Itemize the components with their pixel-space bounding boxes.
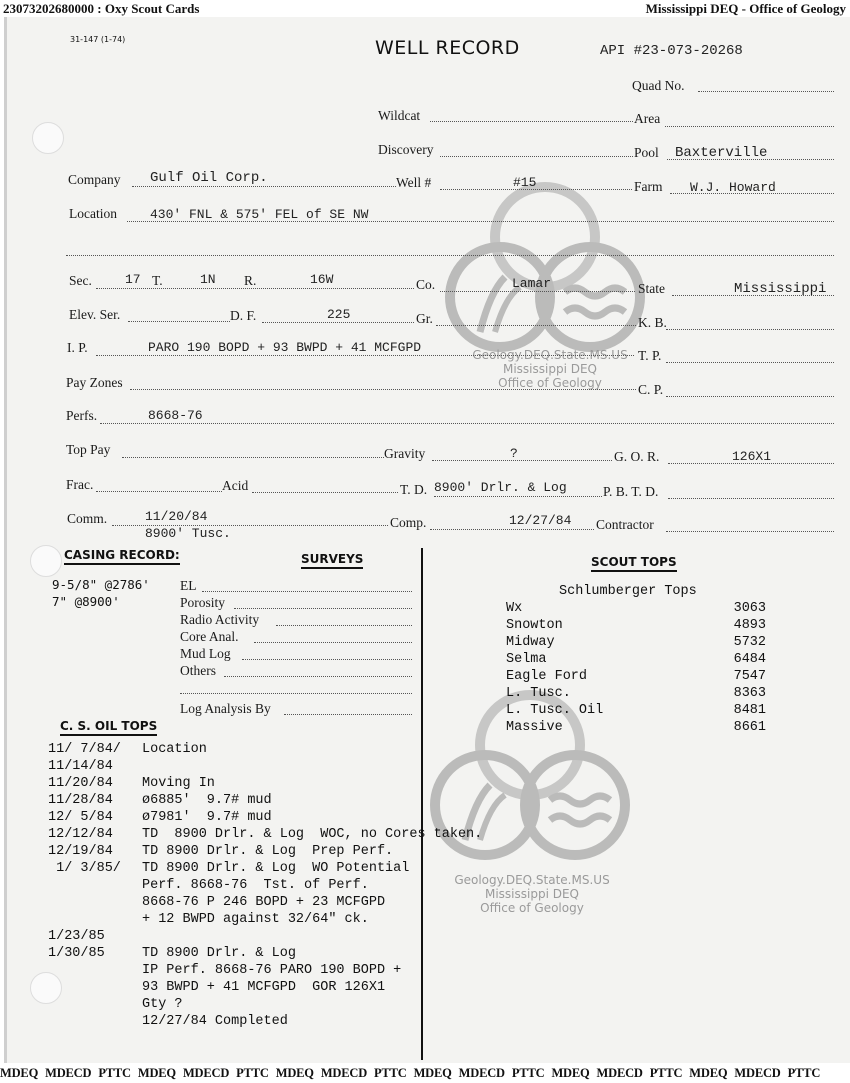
api-number: API #23-073-20268 [600,43,743,59]
page-footer: MDEQMDECDPTTCMDEQMDECDPTTCMDEQMDECDPTTCM… [0,1066,850,1083]
log-entry: 11/28/84ø6885' 9.7# mud [48,792,482,809]
footer-item: MDEQ [138,1066,176,1080]
scout-tops-subtitle: Schlumberger Tops [559,583,697,600]
log-entry: 1/ 3/85/TD 8900 Drlr. & Log WO Potential [48,860,482,877]
log-entry: 1/23/85 [48,928,482,945]
td-label: T. D. [400,482,427,498]
surveys-heading: SURVEYS [301,552,363,569]
form-number: 31-147 (1-74) [70,35,125,44]
acid-label: Acid [222,478,248,494]
footer-item: PTTC [98,1066,131,1080]
footer-item: MDECD [45,1066,91,1080]
scout-top-row: Selma6484 [506,651,766,668]
state-label: State [638,281,665,297]
log-entry: Perf. 8668-76 Tst. of Perf. [48,877,482,894]
gor-value: 126X1 [732,449,771,464]
punch-hole-icon [32,122,64,154]
comm-value: 11/20/84 [145,509,207,524]
footer-item: MDECD [321,1066,367,1080]
area-label: Area [634,111,660,127]
casing-entry: 7" @8900' [52,593,150,610]
well-no-label: Well # [396,175,431,191]
footer-item: MDEQ [276,1066,314,1080]
location-value: 430' FNL & 575' FEL of SE NW [150,207,368,222]
survey-item-core-anal[interactable]: Core Anal. [180,629,412,646]
df-field[interactable] [262,322,414,323]
log-entry: Gty ? [48,996,482,1013]
well-no-value: #15 [513,175,536,190]
survey-item-others[interactable]: Others [180,663,412,680]
sec-label: Sec. [69,273,92,289]
range-value: 16W [310,272,333,287]
elev-ser-field[interactable] [128,321,230,322]
county-label: Co. [416,277,435,293]
casing-entry: 9-5/8" @2786' [52,576,150,593]
county-field[interactable] [440,291,635,292]
footer-item: PTTC [236,1066,269,1080]
quad-no-field[interactable] [698,91,834,92]
df-label: D. F. [230,308,256,324]
farm-label: Farm [634,179,663,195]
log-entry: IP Perf. 8668-76 PARO 190 BOPD + [48,962,482,979]
contractor-field[interactable] [666,531,834,532]
footer-item: MDECD [597,1066,643,1080]
elev-ser-label: Elev. Ser. [69,307,120,323]
pbtd-label: P. B. T. D. [603,484,658,500]
survey-item-mud-log[interactable]: Mud Log [180,646,412,663]
perfs-value: 8668-76 [148,408,203,423]
log-entry: 93 BWPD + 41 MCFGPD GOR 126X1 [48,979,482,996]
company-field[interactable] [132,186,396,187]
log-entry: 8668-76 P 246 BOPD + 23 MCFGPD [48,894,482,911]
footer-item: MDECD [183,1066,229,1080]
log-entry: 12/27/84 Completed [48,1013,482,1030]
sec-value: 17 [125,272,141,287]
company-label: Company [68,172,121,188]
footer-item: MDEQ [689,1066,727,1080]
county-value: Lamar [512,276,551,291]
scout-top-row: Midway5732 [506,634,766,651]
top-pay-label: Top Pay [66,442,110,458]
footer-item: MDECD [734,1066,780,1080]
log-entry: 12/12/84TD 8900 Drlr. & Log WOC, no Core… [48,826,482,843]
comp-label: Comp. [390,515,426,531]
farm-value: W.J. Howard [690,180,776,195]
location-label: Location [69,206,117,222]
header-record-id: 23073202680000 : Oxy Scout Cards [3,1,199,17]
footer-item: MDEQ [414,1066,452,1080]
cs-oil-tops-heading: C. S. OIL TOPS [60,719,157,736]
footer-item: PTTC [512,1066,545,1080]
scout-top-row: Wx3063 [506,600,766,617]
kb-label: K. B. [638,315,667,331]
ip-field[interactable] [96,355,634,356]
discovery-label: Discovery [378,142,433,158]
scout-tops-heading: SCOUT TOPS [591,555,677,572]
frac-field[interactable] [96,491,222,492]
ip-value: PARO 190 BOPD + 93 BWPD + 41 MCFGPD [148,340,421,355]
state-field[interactable] [672,295,834,296]
wildcat-field[interactable] [430,121,633,122]
perfs-field[interactable] [100,423,834,424]
comm-label: Comm. [67,511,107,527]
sec-t-r-field[interactable] [96,288,414,289]
form-title: WELL RECORD [375,37,520,59]
scout-top-row: L. Tusc. Oil8481 [506,702,766,719]
casing-record-heading: CASING RECORD: [64,548,180,565]
pbtd-field[interactable] [668,498,834,499]
gr-field[interactable] [436,325,636,326]
log-entry: 12/19/84TD 8900 Drlr. & Log Prep Perf. [48,843,482,860]
comp-value: 12/27/84 [509,513,571,528]
scout-top-row: Snowton4893 [506,617,766,634]
td-field[interactable] [434,496,602,497]
top-pay-field[interactable] [122,457,384,458]
perfs-label: Perfs. [66,408,97,424]
survey-item-log-analysis-by[interactable]: Log Analysis By [180,701,412,718]
gravity-value: ? [510,446,518,461]
casing-record-list: 9-5/8" @2786' 7" @8900' [52,576,150,610]
scout-top-row: Eagle Ford7547 [506,668,766,685]
gr-label: Gr. [416,311,433,327]
cs-oil-tops-log: 11/ 7/84/Location 11/14/84 11/20/84Movin… [48,741,482,1030]
kb-field[interactable] [666,329,834,330]
location-field-line2[interactable] [66,255,834,256]
gor-label: G. O. R. [614,449,659,465]
scout-top-row: L. Tusc.8363 [506,685,766,702]
contractor-label: Contractor [596,517,654,533]
frac-label: Frac. [66,477,93,493]
acid-field[interactable] [252,492,398,493]
log-entry: + 12 BWPD against 32/64" ck. [48,911,482,928]
survey-item-el[interactable]: EL [180,578,412,595]
comm-value-2: 8900' Tusc. [145,526,231,541]
range-label: R. [244,273,256,289]
log-entry: 11/20/84Moving In [48,775,482,792]
footer-item: MDEQ [0,1066,38,1080]
pay-zones-field[interactable] [130,389,636,390]
pay-zones-label: Pay Zones [66,375,123,391]
punch-hole-icon [30,545,62,577]
header-agency: Mississippi DEQ - Office of Geology [646,1,846,17]
township-label: T. [152,273,163,289]
discovery-field[interactable] [440,156,633,157]
td-value: 8900' Drlr. & Log [434,480,567,495]
log-entry: 12/ 5/84ø7981' 9.7# mud [48,809,482,826]
footer-item: MDEQ [551,1066,589,1080]
log-entry: 11/14/84 [48,758,482,775]
page-header: 23073202680000 : Oxy Scout Cards Mississ… [0,0,850,17]
area-field[interactable] [665,126,834,127]
gravity-label: Gravity [384,446,425,462]
scout-tops-table: Wx3063 Snowton4893 Midway5732 Selma6484 … [506,600,766,736]
pool-label: Pool [634,145,659,161]
gravity-field[interactable] [432,460,612,461]
comp-field[interactable] [430,529,594,530]
cp-field[interactable] [666,396,834,397]
footer-item: MDECD [459,1066,505,1080]
footer-item: PTTC [788,1066,821,1080]
quad-no-label: Quad No. [632,78,685,94]
log-entry: 1/30/85TD 8900 Drlr. & Log [48,945,482,962]
township-value: 1N [200,272,216,287]
company-value: Gulf Oil Corp. [150,170,268,186]
df-value: 225 [327,307,350,322]
log-entry: 11/ 7/84/Location [48,741,482,758]
survey-item-radio-activity[interactable]: Radio Activity [180,612,412,629]
tp-label: T. P. [638,348,661,364]
pool-value: Baxterville [675,145,767,161]
mdeq-logo-watermark-icon [440,182,650,362]
footer-item: PTTC [374,1066,407,1080]
footer-item: PTTC [650,1066,683,1080]
survey-item-blank[interactable] [180,680,412,697]
wildcat-label: Wildcat [378,108,420,124]
scout-top-row: Massive8661 [506,719,766,736]
ip-label: I. P. [67,340,88,356]
surveys-list: EL Porosity Radio Activity Core Anal. Mu… [180,578,412,718]
cp-label: C. P. [638,382,663,398]
tp-field[interactable] [666,362,834,363]
survey-item-porosity[interactable]: Porosity [180,595,412,612]
